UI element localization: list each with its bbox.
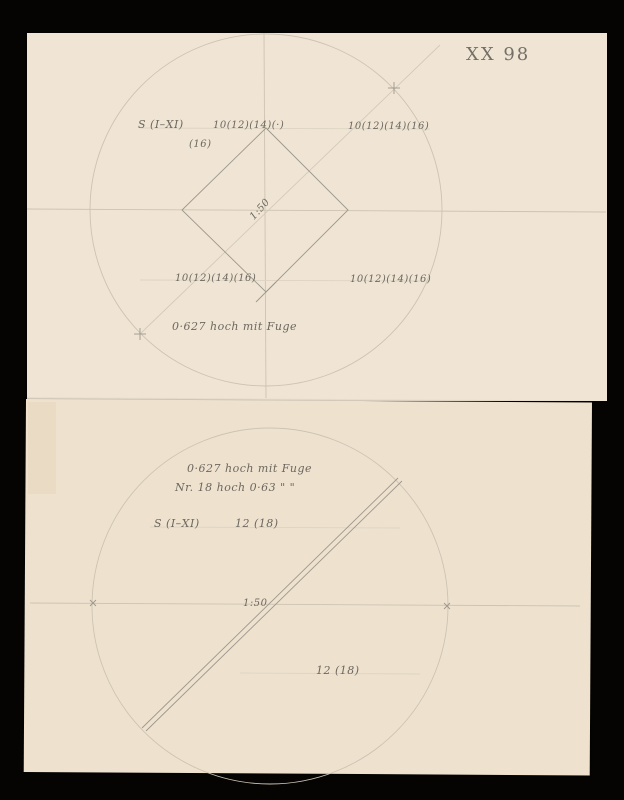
upper-ring-top-left: 10(12)(14)(·)	[213, 120, 284, 131]
upper-ring-top-right: 10(12)(14)(16)	[348, 121, 429, 132]
lower-ring-bottom: 12 (18)	[316, 664, 360, 677]
lower-label: S (I–XI)	[154, 517, 200, 530]
lower-height-note-2: Nr. 18 hoch 0·63 " "	[175, 481, 295, 494]
upper-ring-bottom-left: 10(12)(14)(16)	[175, 273, 256, 284]
lower-height-note-1: 0·627 hoch mit Fuge	[187, 462, 312, 475]
upper-ring-bottom-right: 10(12)(14)(16)	[350, 274, 431, 285]
lower-scale: 1:50	[243, 598, 267, 609]
catalog-number: XX 98	[466, 44, 530, 65]
lower-ring: 12 (18)	[235, 517, 279, 530]
upper-height-note: 0·627 hoch mit Fuge	[172, 320, 297, 333]
upper-sublabel: (16)	[189, 139, 212, 150]
upper-label: S (I–XI)	[138, 118, 184, 131]
pencil-drawing	[0, 0, 624, 800]
